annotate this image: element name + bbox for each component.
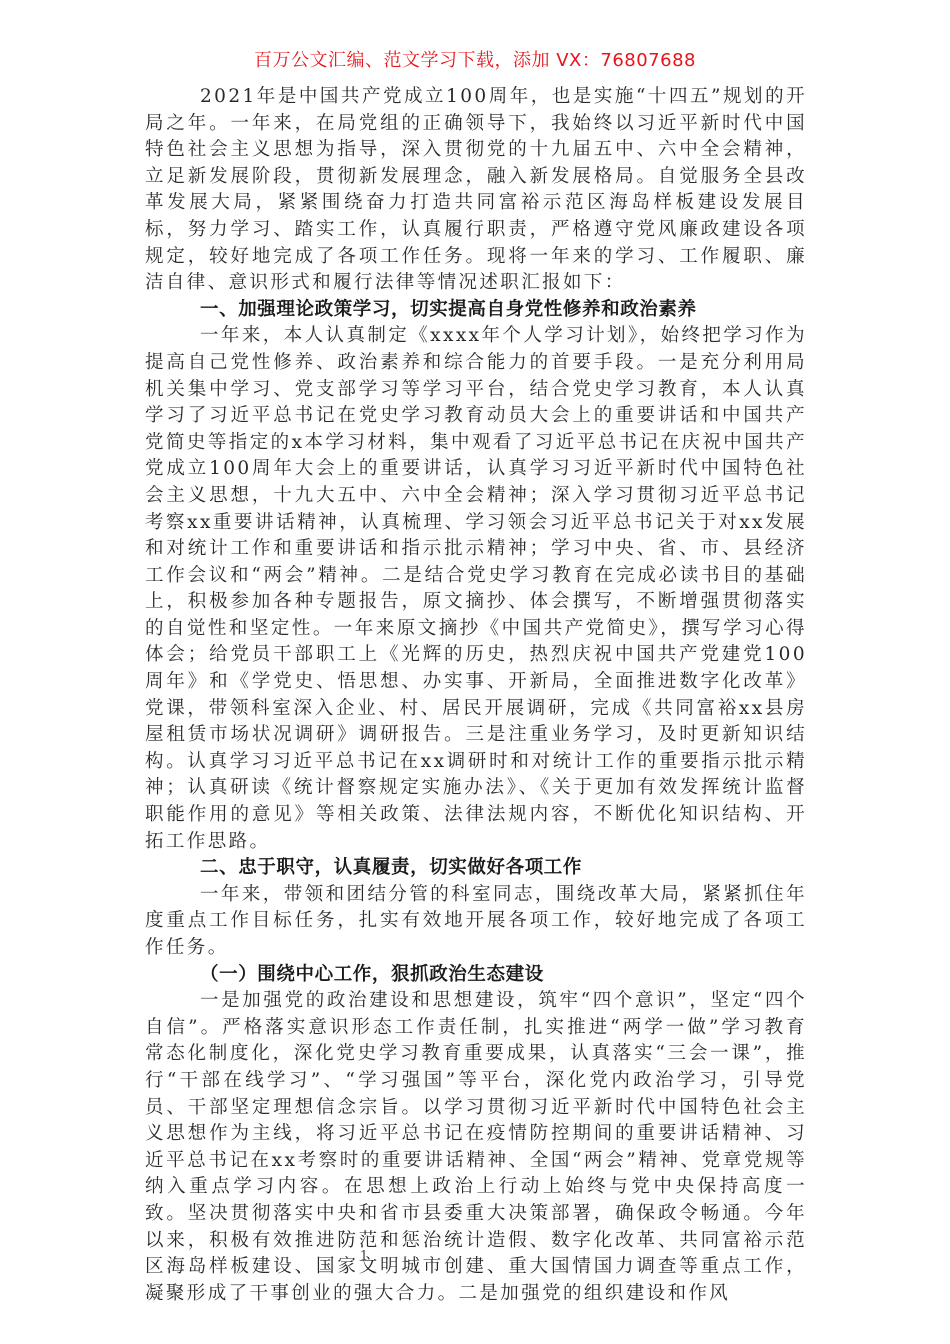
document-body: 2021年是中国共产党成立100周年，也是实施“十四五”规划的开局之年。一年来，…: [145, 84, 807, 1307]
intro-paragraph: 2021年是中国共产党成立100周年，也是实施“十四五”规划的开局之年。一年来，…: [145, 84, 807, 297]
section-1-heading: 一、加强理论政策学习，切实提高自身党性修养和政治素养: [145, 297, 807, 324]
document-page: 百万公文汇编、范文学习下载，添加 VX：76807688 2021年是中国共产党…: [0, 0, 950, 1344]
subsection-1-heading: （一）围绕中心工作，狠抓政治生态建设: [145, 962, 807, 989]
subsection-1-paragraph: 一是加强党的政治建设和思想建设，筑牢“四个意识”，坚定“四个自信”。严格落实意识…: [145, 988, 807, 1307]
section-1-paragraph: 一年来，本人认真制定《xxxx年个人学习计划》，始终把学习作为提高自己党性修养、…: [145, 323, 807, 855]
page-number: 1: [358, 1249, 370, 1264]
section-2-paragraph: 一年来，带领和团结分管的科室同志，围绕改革大局，紧紧抓住年度重点工作目标任务，扎…: [145, 882, 807, 962]
section-2-heading: 二、忠于职守，认真履责，切实做好各项工作: [145, 855, 807, 882]
watermark-header: 百万公文汇编、范文学习下载，添加 VX：76807688: [0, 46, 950, 72]
